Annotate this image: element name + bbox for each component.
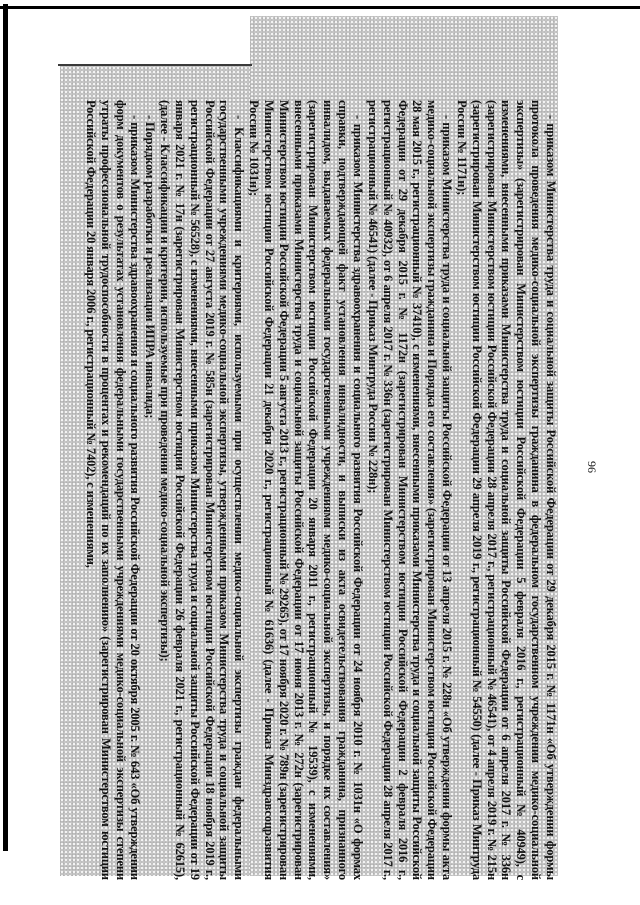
paragraph-classifications-585n: - Классификациями и критериями, использу… xyxy=(157,100,246,880)
table-border-top xyxy=(0,6,640,9)
table-border-left xyxy=(3,4,8,851)
paragraph-order-1031n: - приказом Министерства здравоохранения … xyxy=(246,100,365,880)
paragraph-order-1171n: - приказом Министерства труда и социальн… xyxy=(454,100,558,880)
cell-border-line xyxy=(58,64,252,66)
paragraph-order-643: - приказом Министерства здравоохранения … xyxy=(83,100,142,880)
rotated-text-block: - приказом Министерства труда и социальн… xyxy=(53,100,558,880)
paragraph-order-228n: - приказом Министерства труда и социальн… xyxy=(365,100,454,880)
scanned-page: - приказом Министерства труда и социальн… xyxy=(0,0,640,905)
page-number: 96 xyxy=(584,461,599,473)
paragraph-ipra-order: - Порядком разработки и реализации ИПРА … xyxy=(142,100,157,880)
